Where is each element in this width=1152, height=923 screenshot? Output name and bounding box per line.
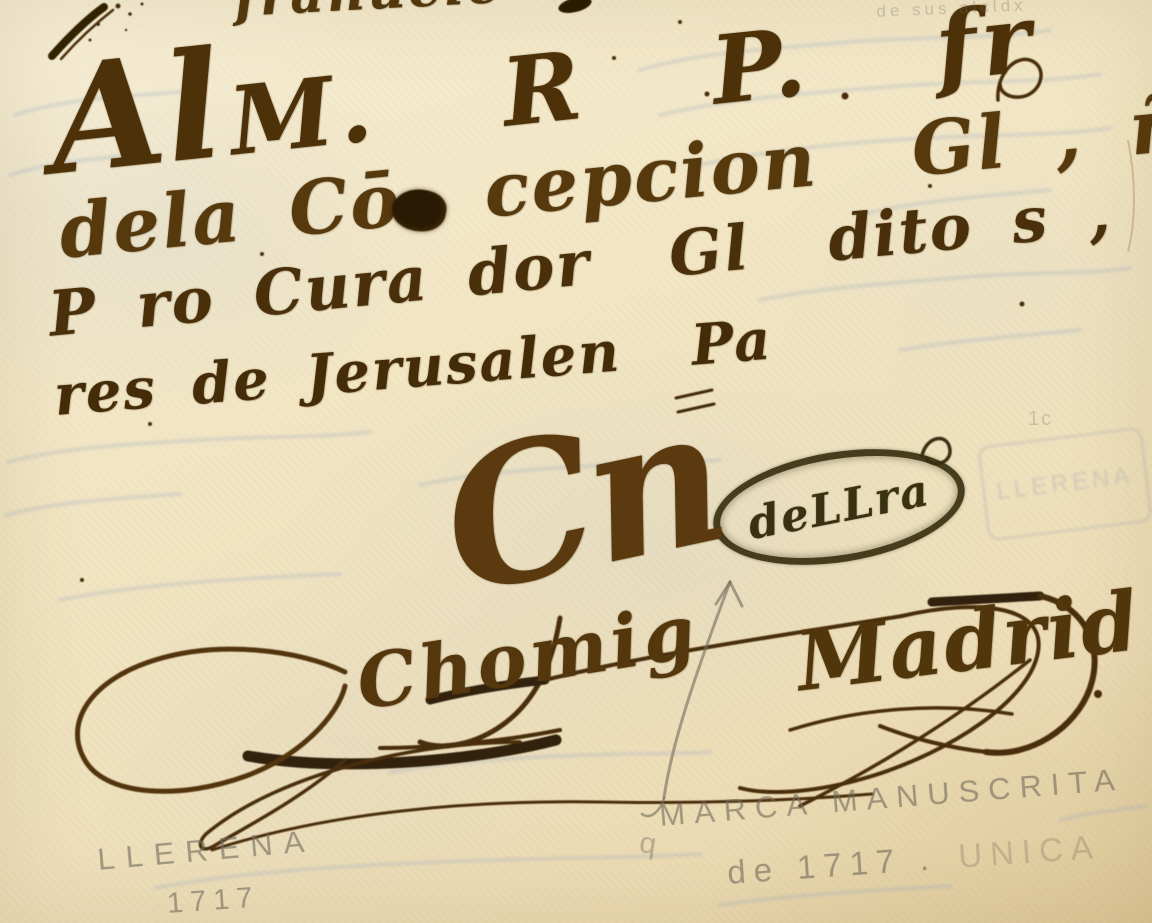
pencil-note-year: 1717 [166,882,261,921]
pencil-note-de-1717: de 1717 . [726,839,938,891]
manuscript-letter-cover: LLERENA [0,0,1152,923]
destination-madrid: Madrid [792,580,1144,703]
sender-signature: Chomig [352,594,704,721]
oval-postal-mark: deLLra [705,433,973,581]
postal-mark-text: deLLra [744,464,935,549]
pencil-faint-1c-note: 1c [1028,408,1053,431]
pencil-note-marca-manuscrita: MARCA MANUSCRITA [658,761,1125,833]
pencil-note-de-1717-unica: de 1717 .UNICA [726,828,1102,892]
large-rubric: Cn [428,381,735,622]
pencil-note-unica: UNICA [957,828,1102,875]
pencil-note-llerena: LLERENA [96,823,317,878]
ghost-llerena-stamp: LLERENA [977,426,1152,542]
ghost-stamp-label: LLERENA [995,462,1135,507]
pencil-small-mark: q [637,826,658,862]
